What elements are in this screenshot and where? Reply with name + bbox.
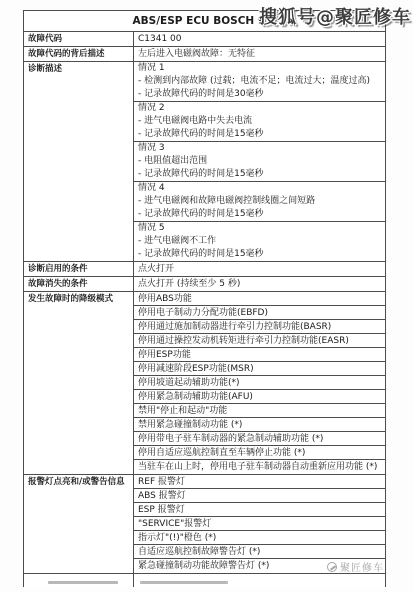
degraded-mode-item: 停用通过操控发动机转矩进行牵引力控制功能(EASR): [134, 334, 385, 348]
diagnosis-line: 情况 5: [134, 222, 385, 235]
diagnosis-line: - 记录故障代码的时间是15毫秒: [134, 248, 385, 261]
fault-code-table: ABS/ESP ECU BOSCH 9.0 故障代码 C1341 00 故障代码…: [23, 10, 386, 587]
watermark-jujiang: 聚匠修车: [327, 559, 384, 574]
diagnosis-line: 情况 3: [134, 142, 385, 155]
degraded-mode-item: 停用自适应巡航控制直至车辆停止功能 (*): [134, 446, 385, 460]
degraded-mode-item: 禁用"停止和起动"功能: [134, 404, 385, 418]
table-row-diagnosis: 诊断描述 情况 1 - 检测到内部故障 (过载；电流不足；电流过大；温度过高) …: [24, 61, 385, 261]
degraded-modes-label: 发生故障时的降级模式: [24, 292, 134, 474]
watermark-souhu: 搜狐号@聚匠修车: [259, 3, 411, 29]
warning-lamp-item: ESP 报警灯: [134, 503, 385, 517]
diagnosis-line: - 记录故障代码的时间是15毫秒: [134, 168, 385, 181]
warning-lamp-item: 指示灯"(!)"橙色 (*): [134, 531, 385, 545]
warning-lamps-label: 报警灯点亮和/或警告信息: [24, 475, 134, 573]
fault-code-value: C1341 00: [134, 32, 385, 46]
diagnosis-line: - 电阻值超出范围: [134, 155, 385, 168]
warning-lamp-item: REF 报警灯: [134, 475, 385, 489]
diagnosis-line: - 记录故障代码的时间是15毫秒: [134, 128, 385, 141]
diagnosis-line: - 进气电磁阀和故障电磁阀控制线圈之间短路: [134, 195, 385, 208]
table-row-fault-code: 故障代码 C1341 00: [24, 31, 385, 46]
degraded-mode-item: 停用ABS功能: [134, 292, 385, 306]
diagnosis-line: 情况 4: [134, 182, 385, 195]
diagnosis-line: - 记录故障代码的时间是30毫秒: [134, 88, 385, 101]
diagnosis-line: 情况 1: [134, 62, 385, 75]
diagnosis-case: 情况 2 - 进气电磁阀电路中失去电流 - 记录故障代码的时间是15毫秒: [134, 102, 385, 142]
degraded-mode-item: 停用电子制动力分配功能(EBFD): [134, 306, 385, 320]
table-row-truncated: [24, 573, 385, 587]
diagnosis-line: - 检测到内部故障 (过载；电流不足；电流过大；温度过高): [134, 75, 385, 88]
fault-desc-value: 左后进入电磁阀故障：无特征: [134, 47, 385, 61]
enable-condition-label: 诊断启用的条件: [24, 262, 134, 276]
clear-condition-value: 点火打开 (持续至少 5 秒): [134, 277, 385, 291]
diagnosis-case: 情况 1 - 检测到内部故障 (过载；电流不足；电流过大；温度过高) - 记录故…: [134, 62, 385, 102]
fault-code-label: 故障代码: [24, 32, 134, 46]
degraded-mode-item: 停用通过施加制动器进行牵引力控制功能(BASR): [134, 320, 385, 334]
degraded-mode-item: 禁用紧急碰撞制动功能 (*): [134, 418, 385, 432]
degraded-mode-item: 停用ESP功能: [134, 348, 385, 362]
enable-condition-value: 点火打开: [134, 262, 385, 276]
repair-logo-icon: [327, 562, 337, 572]
table-row-degraded-modes: 发生故障时的降级模式 停用ABS功能 停用电子制动力分配功能(EBFD) 停用通…: [24, 291, 385, 474]
warning-lamp-item: ABS 报警灯: [134, 489, 385, 503]
clear-condition-label: 故障消失的条件: [24, 277, 134, 291]
table-row-fault-desc: 故障代码的背后描述 左后进入电磁阀故障：无特征: [24, 46, 385, 61]
warning-lamp-item: 自适应巡航控制故障警告灯 (*): [134, 545, 385, 559]
degraded-mode-item: 当驻车在山上时，停用电子驻车制动器自动重新应用功能 (*): [134, 460, 385, 474]
diagnosis-line: - 进气电磁阀电路中失去电流: [134, 115, 385, 128]
watermark-jujiang-text: 聚匠修车: [340, 559, 384, 574]
degraded-mode-item: 停用紧急制动辅助功能(AFU): [134, 390, 385, 404]
diagnosis-line: 情况 2: [134, 102, 385, 115]
degraded-mode-item: 停用坡道起动辅助功能(*): [134, 376, 385, 390]
truncated-text-fragment: [140, 581, 228, 584]
diagnosis-case: 情况 3 - 电阻值超出范围 - 记录故障代码的时间是15毫秒: [134, 142, 385, 182]
fault-desc-label: 故障代码的背后描述: [24, 47, 134, 61]
degraded-mode-item: 停用减速阶段ESP功能(MSR): [134, 362, 385, 376]
diagnosis-line: - 记录故障代码的时间是15毫秒: [134, 208, 385, 221]
diagnosis-case: 情况 4 - 进气电磁阀和故障电磁阀控制线圈之间短路 - 记录故障代码的时间是1…: [134, 182, 385, 222]
diagnosis-label: 诊断描述: [24, 62, 134, 261]
degraded-mode-item: 停用带电子驻车制动器的紧急制动辅助功能 (*): [134, 432, 385, 446]
diagnosis-case: 情况 5 - 进气电磁阀不工作 - 记录故障代码的时间是15毫秒: [134, 222, 385, 261]
warning-lamp-item: "SERVICE"报警灯: [134, 517, 385, 531]
diagnosis-line: - 进气电磁阀不工作: [134, 235, 385, 248]
truncated-text-fragment: [48, 581, 118, 584]
table-row-clear-condition: 故障消失的条件 点火打开 (持续至少 5 秒): [24, 276, 385, 291]
table-row-enable-condition: 诊断启用的条件 点火打开: [24, 261, 385, 276]
